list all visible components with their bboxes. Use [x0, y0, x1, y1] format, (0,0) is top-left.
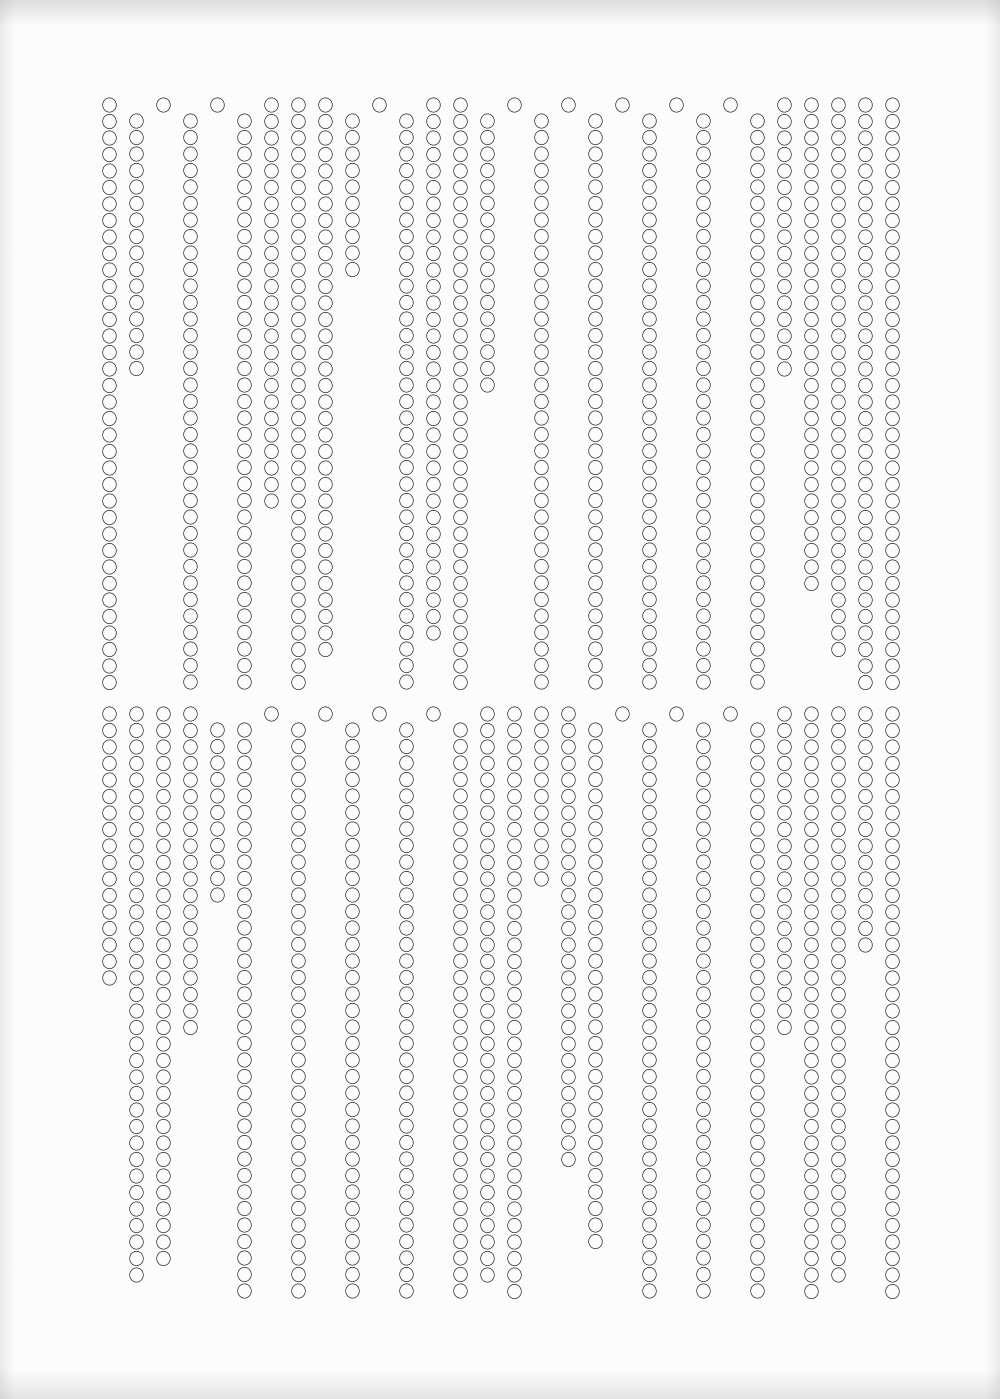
text-column: 〇〇〇〇〇〇〇〇〇〇〇〇〇〇〇〇〇〇〇〇〇〇〇〇〇〇〇〇〇〇〇〇〇〇〇〇: [797, 706, 824, 1306]
text-column: 〇〇〇〇〇〇〇〇〇〇〇〇〇〇〇〇〇〇〇〇〇〇〇〇〇〇〇〇〇〇〇〇〇〇〇〇: [311, 706, 365, 1306]
text-column: 〇〇〇〇〇〇〇〇〇〇〇〇〇〇〇〇〇〇〇〇〇〇〇〇〇〇〇〇〇〇〇〇〇〇〇〇: [95, 97, 122, 697]
lower-text-block: 〇〇〇〇〇〇〇〇〇〇〇〇〇〇〇〇〇〇〇〇〇〇〇〇〇〇〇〇〇〇〇〇〇〇〇〇〇〇〇〇…: [93, 706, 905, 1306]
text-column: 〇〇〇〇〇〇〇〇〇〇〇: [527, 706, 554, 1306]
text-column: 〇〇〇〇〇〇〇〇〇〇〇〇〇〇〇〇〇〇〇〇〇〇〇〇〇〇〇〇〇〇〇〇〇〇〇〇: [149, 97, 203, 697]
text-column: 〇〇〇〇〇〇〇〇〇〇〇〇〇〇〇〇〇〇〇〇〇〇〇〇〇〇〇〇〇〇〇〇〇〇〇〇: [500, 706, 527, 1306]
text-column: 〇〇〇〇〇〇〇〇〇〇〇〇〇〇〇〇〇〇〇〇〇〇〇〇〇〇〇〇〇〇〇〇〇〇〇: [473, 706, 500, 1306]
text-column: 〇〇〇〇〇〇〇〇〇〇〇〇〇〇〇〇〇〇〇〇〇〇〇〇〇〇〇〇〇〇〇〇〇〇〇: [93, 706, 95, 1306]
text-column: 〇〇〇〇〇〇〇〇〇〇〇〇〇〇〇〇〇〇〇〇〇〇〇〇〇〇〇〇〇〇〇〇〇: [419, 97, 446, 697]
text-column: 〇〇〇〇〇〇〇〇〇〇〇〇〇〇〇〇〇〇〇〇: [176, 706, 203, 1306]
text-column: 〇〇〇〇〇〇〇〇〇〇〇〇〇〇〇〇〇〇〇〇〇〇〇〇〇〇〇〇〇〇〇〇〇〇〇〇: [716, 97, 770, 697]
text-column: 〇〇〇〇〇〇〇〇〇〇〇〇〇〇〇〇〇〇〇〇〇〇〇〇〇〇〇〇〇〇〇〇〇〇〇〇: [365, 706, 419, 1306]
text-column: 〇〇〇〇〇〇〇〇〇〇〇〇〇〇〇〇〇〇〇〇〇〇〇〇〇〇〇〇〇〇〇〇〇〇〇〇: [365, 97, 419, 697]
text-column: 〇〇〇〇〇〇〇〇〇〇〇〇〇〇〇〇〇: [770, 97, 797, 697]
text-column: 〇〇〇〇〇〇〇〇〇〇〇〇〇〇〇〇: [122, 97, 149, 697]
text-column: 〇〇〇〇〇〇〇〇〇〇〇〇〇〇〇〇〇〇〇〇: [770, 706, 797, 1306]
text-column: 〇〇〇〇〇〇〇〇〇〇〇〇〇〇〇〇〇〇〇〇〇〇〇〇〇〇〇〇〇〇〇〇〇〇〇〇: [554, 97, 608, 697]
text-column: 〇〇〇〇〇〇〇〇〇〇〇〇〇〇〇〇〇〇〇〇〇〇〇〇〇〇〇〇〇〇: [797, 97, 824, 697]
text-column: 〇〇〇〇〇〇〇〇〇〇〇〇〇〇〇〇〇〇〇〇〇〇〇〇〇〇〇〇〇〇〇〇〇〇: [311, 97, 338, 697]
text-column: 〇〇〇〇〇〇〇〇〇〇〇〇〇〇〇〇〇〇〇〇〇〇〇〇〇〇〇〇〇〇〇〇〇〇〇〇: [662, 706, 716, 1306]
scanned-document-page: 本文は縦書きの小説ページですが、露骨な性的描写を含むため文字内容は転写せず、プレ…: [0, 0, 1000, 1399]
text-column: 〇〇〇〇〇〇〇〇〇〇〇〇〇〇〇〇〇〇〇〇〇〇〇〇〇〇〇〇〇〇〇〇〇〇〇〇: [284, 97, 311, 697]
text-column: 〇〇〇〇〇〇〇〇〇〇〇〇〇〇〇〇〇〇〇〇〇〇〇〇〇〇〇〇〇〇〇〇〇〇〇〇: [716, 706, 770, 1306]
text-column: 〇〇〇〇〇〇〇〇〇〇〇〇〇〇〇〇〇〇〇〇〇〇〇〇〇〇〇〇〇〇〇〇〇〇〇〇: [500, 97, 554, 697]
text-column: 〇〇〇〇〇〇〇〇〇〇〇〇〇〇〇〇〇〇〇〇〇〇〇〇〇〇〇〇〇〇〇〇〇〇〇: [230, 706, 257, 1306]
upper-text-block: 〇〇〇〇〇〇〇〇〇〇〇〇〇〇〇〇〇〇〇〇〇〇〇〇〇〇〇〇〇〇〇〇〇〇〇〇〇〇〇〇…: [93, 97, 905, 697]
text-column: 〇〇〇〇〇〇〇〇〇〇〇〇〇〇〇〇〇〇〇〇〇〇〇〇〇〇〇〇〇〇〇〇〇〇〇〇: [662, 97, 716, 697]
scan-edge-shadow-right: [986, 0, 1000, 1399]
text-column: 〇〇〇〇〇〇〇〇〇〇〇〇〇〇〇〇〇〇〇〇〇〇〇〇〇〇〇〇〇〇〇〇〇〇〇〇: [203, 97, 257, 697]
text-column: 〇〇〇〇〇〇〇〇〇〇〇〇〇〇〇: [851, 706, 878, 1306]
text-column: 〇〇〇〇〇〇〇〇〇〇〇〇〇〇〇〇〇〇〇〇〇〇〇〇〇〇〇〇〇〇〇〇〇〇〇〇: [878, 706, 905, 1306]
text-column: 〇〇〇〇〇〇〇〇〇〇〇〇〇〇〇〇〇〇〇〇〇〇〇〇〇〇〇〇〇〇〇〇〇〇〇〇: [608, 706, 662, 1306]
text-column: 〇〇〇〇〇〇〇〇〇〇〇〇〇〇〇〇〇〇〇〇〇〇〇〇〇〇〇〇〇〇〇〇〇〇〇〇: [851, 97, 878, 697]
text-column: 〇〇〇〇〇〇〇〇〇〇〇〇〇〇〇〇〇〇〇〇〇〇〇〇〇〇〇〇〇〇〇〇〇〇〇〇: [419, 706, 473, 1306]
text-column: 〇〇〇〇〇〇〇〇〇〇〇〇〇〇〇〇〇〇〇〇〇〇〇〇〇〇〇〇〇〇〇〇〇〇: [149, 706, 176, 1306]
text-column: 〇〇〇〇〇〇〇〇〇〇〇〇〇〇〇〇〇〇〇〇〇〇〇〇〇〇〇〇〇〇〇〇〇〇〇〇: [878, 97, 905, 697]
scan-edge-shadow-left: [0, 0, 14, 1399]
text-column: 〇〇〇〇〇〇〇〇〇〇〇〇〇〇〇〇〇〇〇〇〇〇〇〇〇〇〇〇〇〇〇〇〇〇〇: [824, 706, 851, 1306]
text-column: 〇〇〇〇〇〇〇〇〇〇〇: [203, 706, 230, 1306]
text-column: 〇〇〇〇〇〇〇〇〇〇〇〇〇〇〇〇〇〇〇〇〇〇〇〇〇〇〇〇〇〇〇〇〇〇〇〇: [446, 97, 473, 697]
text-column: 〇〇〇〇〇〇〇〇〇〇〇〇〇〇〇〇〇〇〇〇〇〇〇〇〇〇〇〇: [554, 706, 581, 1306]
text-column: 〇〇〇〇〇〇〇〇〇〇: [338, 97, 365, 697]
text-column: 〇〇〇〇〇〇〇〇〇〇〇〇〇〇〇〇〇〇〇〇〇〇〇〇〇〇〇〇〇〇〇〇〇〇〇〇: [257, 706, 311, 1306]
text-column: 〇〇〇〇〇〇〇〇〇〇〇〇〇〇〇〇〇〇〇〇〇〇〇〇〇〇〇〇〇〇〇〇: [581, 706, 608, 1306]
text-column: 〇〇〇〇〇〇〇〇〇〇〇〇〇〇〇〇〇〇〇〇〇〇〇〇〇: [257, 97, 284, 697]
text-column: 〇〇〇〇〇〇〇〇〇〇〇〇〇〇〇〇〇: [95, 706, 122, 1306]
text-column: 〇〇〇〇〇〇〇〇〇〇〇〇〇〇〇〇〇〇〇〇〇〇〇〇〇〇〇〇〇〇〇〇〇〇〇〇: [608, 97, 662, 697]
text-column: 〇〇〇〇〇〇〇〇〇〇〇〇〇〇〇〇〇: [473, 97, 500, 697]
text-column: 〇〇〇〇〇〇〇〇〇〇〇〇〇〇〇〇〇〇〇〇〇〇〇〇〇〇〇〇〇〇〇〇〇〇: [824, 97, 851, 697]
text-column: 〇〇〇〇〇〇〇〇〇〇〇〇〇〇〇〇〇〇〇〇〇〇〇〇〇〇〇〇〇〇〇〇〇〇〇: [122, 706, 149, 1306]
